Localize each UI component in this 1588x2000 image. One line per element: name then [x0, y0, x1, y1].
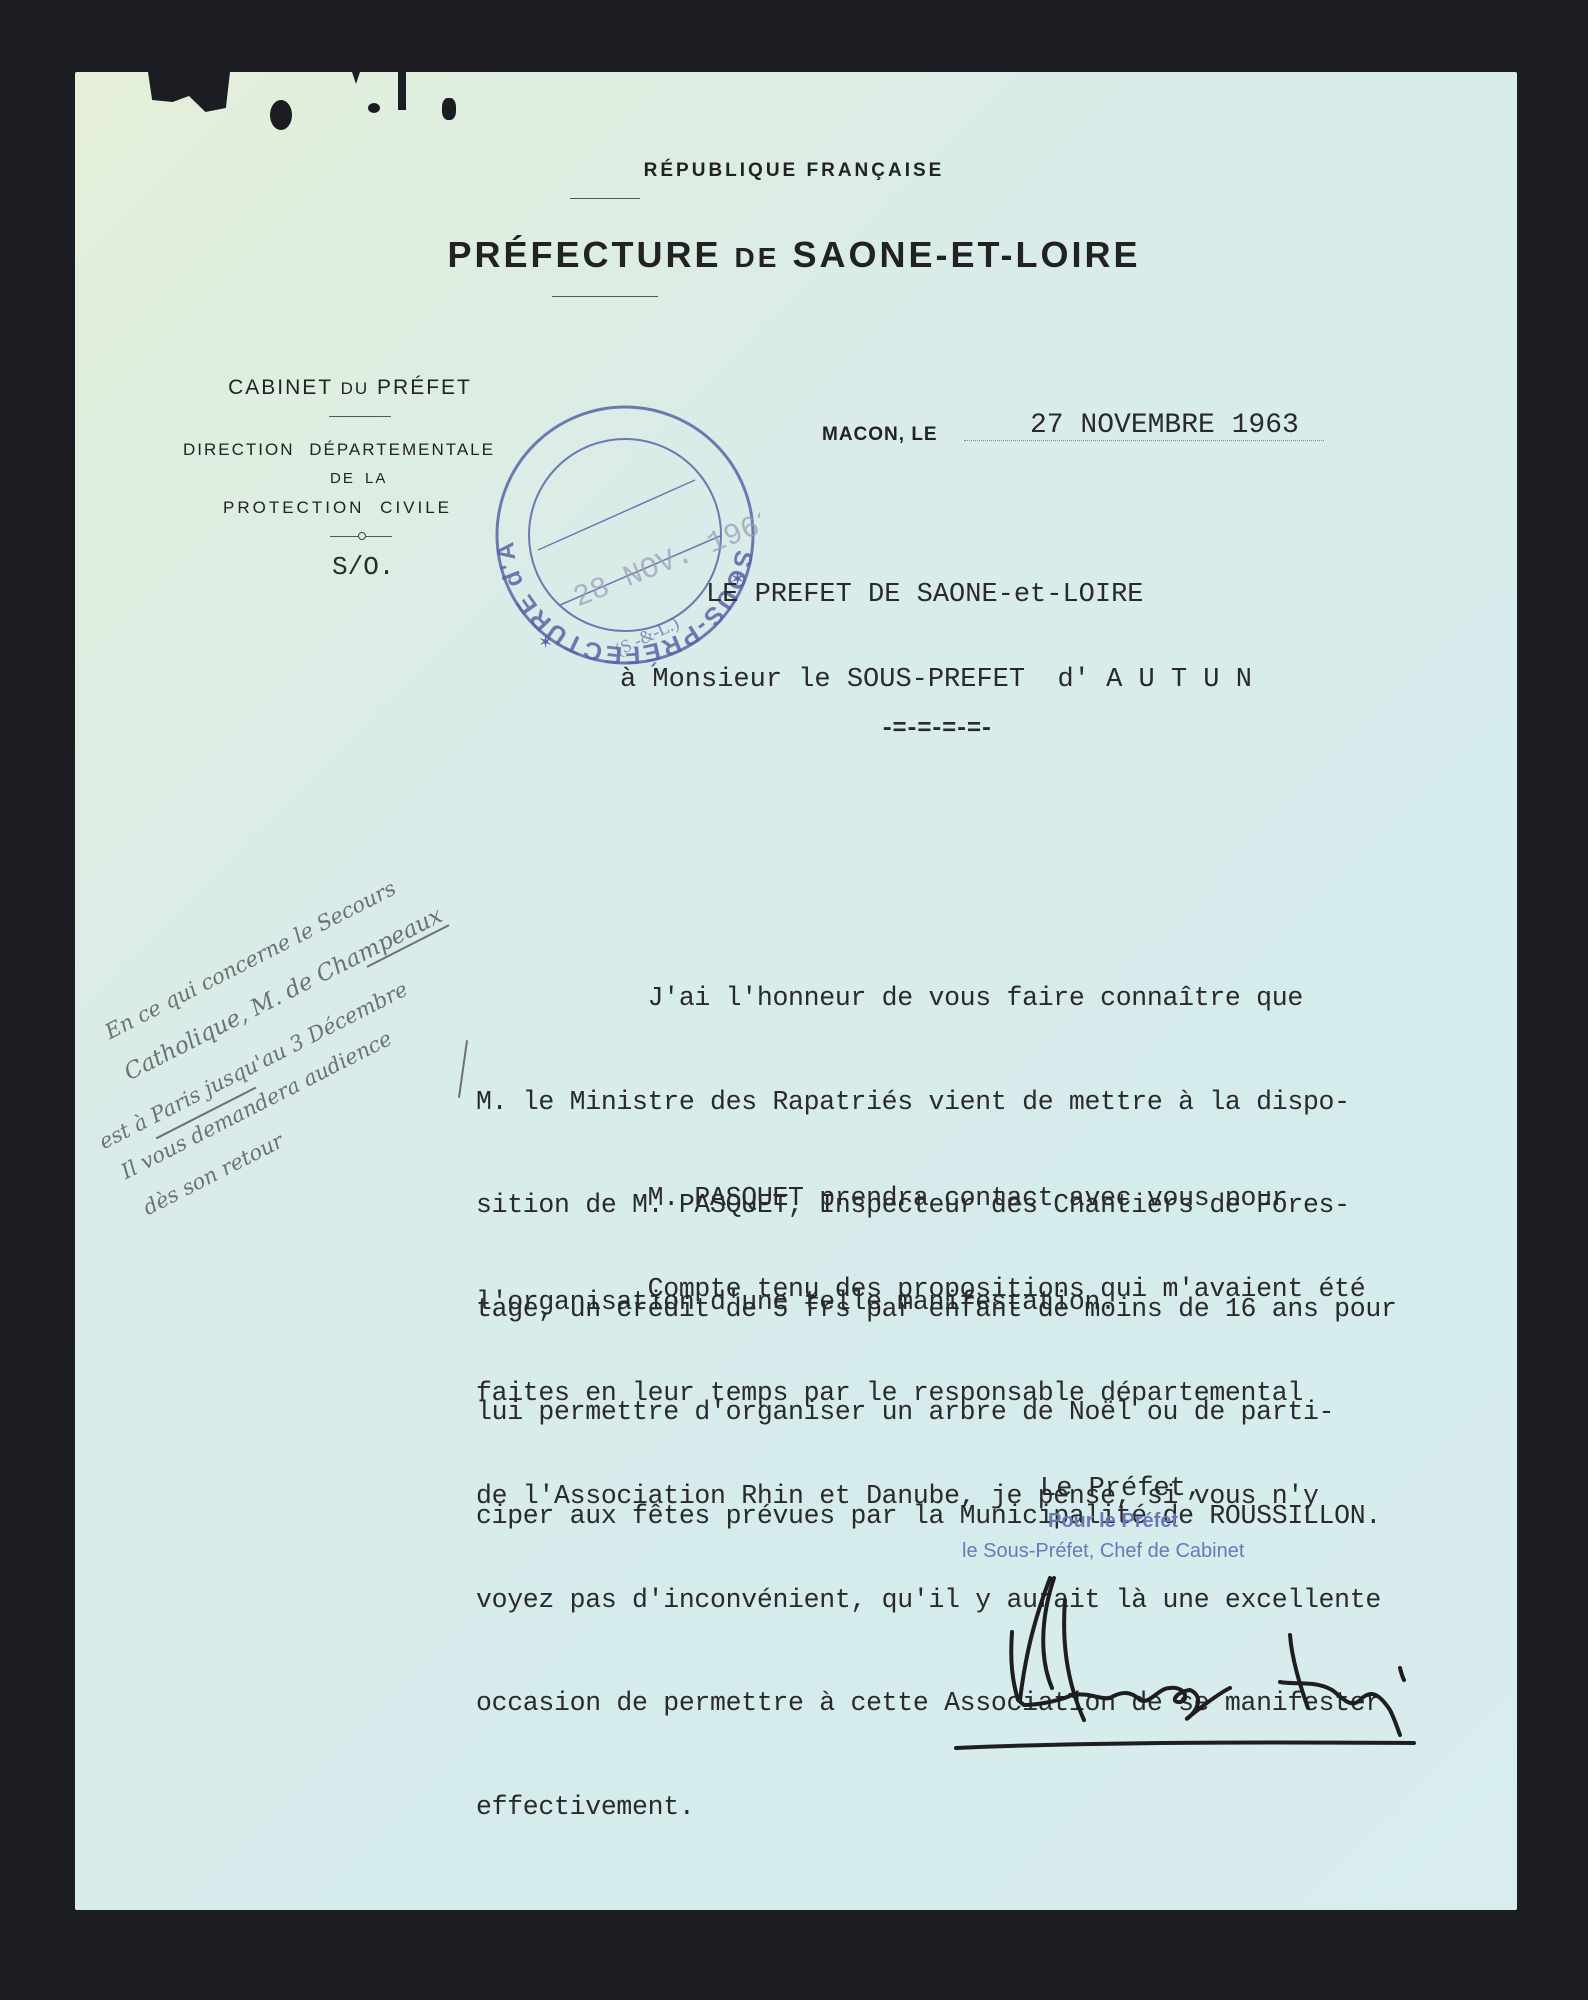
cabinet-heading: CABINET DU PRÉFET: [150, 376, 550, 400]
dateline-place: MACON, LE: [822, 424, 938, 446]
sender-line: LE PREFET DE SAONE-et-LOIRE: [706, 580, 1143, 610]
cabinet-word: CABINET: [228, 376, 333, 399]
torn-edge: [368, 103, 380, 113]
de-la-line: DE LA: [330, 470, 387, 487]
direction-line: DIRECTION DÉPARTEMENTALE: [183, 440, 495, 460]
divider-ornament-dot: [358, 532, 366, 540]
body-line: J'ai l'honneur de vous faire connaître q…: [476, 981, 1397, 1016]
body-line: Compte tenu des propositions qui m'avaie…: [476, 1272, 1381, 1307]
prefecture-heading: PRÉFECTURE DE SAONE-ET-LOIRE: [0, 234, 1588, 276]
sous-prefecture-stamp: SOUS-PRÉFECTURE d'AUTUN (S.-&-L.) 28 NOV…: [490, 400, 760, 670]
cabinet-du: DU: [341, 379, 370, 398]
recipient-line: à Monsieur le SOUS-PREFET d' A U T U N: [620, 665, 1252, 695]
divider: [570, 198, 640, 199]
letter-date: 27 NOVEMBRE 1963: [1030, 410, 1299, 441]
prefecture-de: DE: [735, 242, 780, 273]
torn-edge: [398, 72, 406, 110]
prefecture-word: PRÉFECTURE: [448, 234, 722, 275]
signature-stamp-line1: Pour le Préfet: [1048, 1510, 1178, 1533]
reference-code: S/O.: [332, 552, 394, 582]
body-line: effectivement.: [476, 1790, 1381, 1825]
body-line: faites en leur temps par le responsable …: [476, 1376, 1381, 1411]
separator-line: -=-=-=-=-: [880, 716, 992, 743]
divider: [329, 416, 391, 417]
divider: [552, 296, 658, 297]
torn-edge: [270, 100, 292, 130]
protection-line: PROTECTION CIVILE: [223, 498, 452, 518]
signature-typed: Le Préfet,: [1040, 1474, 1202, 1504]
cabinet-prefet: PRÉFET: [377, 376, 472, 399]
republic-heading: RÉPUBLIQUE FRANÇAISE: [0, 160, 1588, 182]
handwritten-signature: [940, 1560, 1420, 1760]
body-paragraph-3: Compte tenu des propositions qui m'avaie…: [476, 1203, 1381, 1859]
prefecture-place: SAONE-ET-LOIRE: [792, 234, 1140, 275]
torn-edge: [442, 98, 456, 120]
body-line: de l'Association Rhin et Danube, je pens…: [476, 1479, 1381, 1514]
svg-text:✶: ✶: [538, 632, 553, 652]
